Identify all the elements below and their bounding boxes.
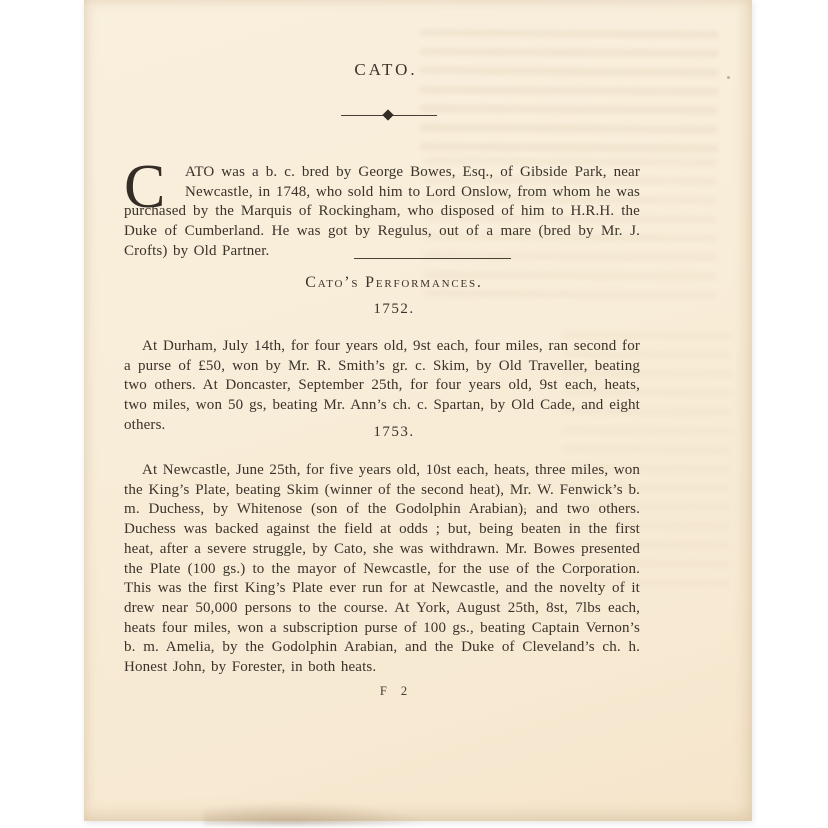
intro-text: ATO was a b. c. bred by George Bowes, Es… [124, 164, 640, 259]
paper-speck [727, 76, 730, 79]
performances-heading: Cato’s Performances. [136, 274, 652, 292]
year-heading-1752: 1752. [136, 301, 652, 318]
rule-line [354, 258, 511, 259]
performance-paragraph-1753: At Newcastle, June 25th, for five years … [124, 461, 640, 678]
year-heading-1753: 1753. [136, 424, 652, 441]
drop-cap: C [124, 156, 178, 195]
intro-paragraph: CATO was a b. c. bred by George Bowes, E… [124, 163, 640, 262]
diamond-ornament-icon [382, 109, 393, 120]
scan-background: CATO. CATO was a b. c. bred by George Bo… [0, 0, 828, 828]
page-signature: F 2 [136, 684, 652, 699]
section-divider [124, 111, 640, 121]
performance-paragraph-1752: At Durham, July 14th, for four years old… [124, 337, 640, 436]
section-rule [124, 257, 640, 260]
show-through-ghosting [420, 29, 719, 153]
paper-sheet: CATO. CATO was a b. c. bred by George Bo… [84, 0, 752, 821]
page-curl-shadow [204, 799, 444, 825]
page-title: CATO. [128, 60, 644, 80]
